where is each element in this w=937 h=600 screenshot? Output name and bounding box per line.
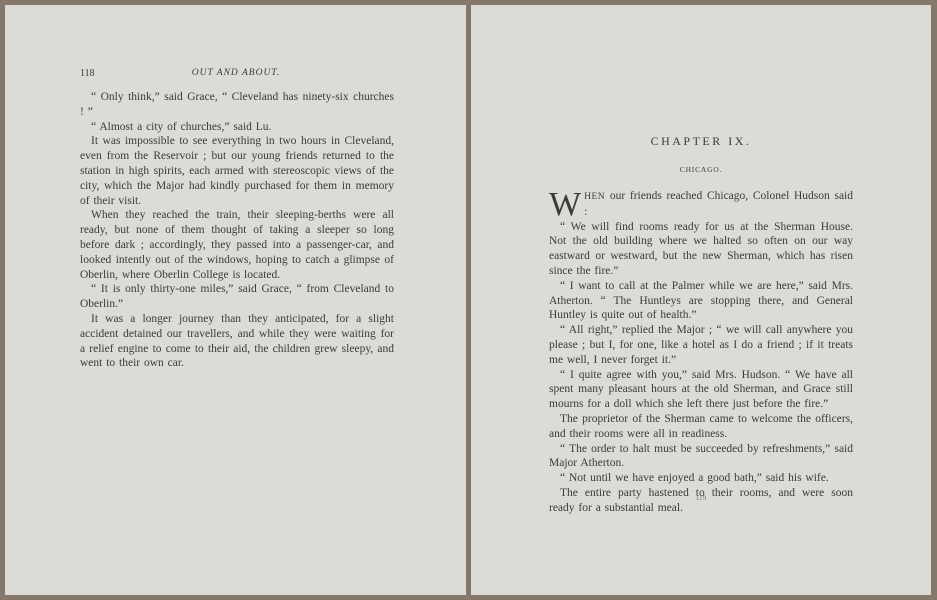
left-page-body: “ Only think,” said Grace, “ Cleveland h…	[80, 90, 394, 371]
chapter-subtitle: CHICAGO.	[471, 165, 931, 174]
paragraph: The proprietor of the Sherman came to we…	[549, 412, 853, 442]
paragraph: “ Only think,” said Grace, “ Cleveland h…	[80, 90, 394, 120]
paragraph: “ Almost a city of churches,” said Lu.	[80, 120, 394, 135]
running-title: OUT AND ABOUT.	[80, 68, 392, 78]
paragraph: “ The order to halt must be succeeded by…	[549, 442, 853, 472]
drop-cap: W	[549, 191, 581, 219]
right-page: CHAPTER IX. CHICAGO. WHEN our friends re…	[471, 5, 931, 595]
paragraph: “ I quite agree with you,” said Mrs. Hud…	[549, 368, 853, 412]
paragraph: It was impossible to see everything in t…	[80, 134, 394, 208]
paragraph: It was a longer journey than they antici…	[80, 312, 394, 371]
paragraph: “ Not until we have enjoyed a good bath,…	[549, 471, 853, 486]
paragraph: “ It is only thirty-one miles,” said Gra…	[80, 282, 394, 312]
chapter-title: CHAPTER IX.	[471, 134, 931, 149]
paragraph: “ All right,” replied the Major ; “ we w…	[549, 323, 853, 367]
paragraph: “ We will find rooms ready for us at the…	[549, 220, 853, 279]
running-head: 118 OUT AND ABOUT.	[80, 68, 392, 82]
opening-text: our friends reached Chicago, Colonel Hud…	[584, 190, 853, 218]
opening-paragraph: WHEN our friends reached Chicago, Colone…	[549, 189, 853, 220]
paragraph: When they reached the train, their sleep…	[80, 208, 394, 282]
paragraph: “ I want to call at the Palmer while we …	[549, 279, 853, 323]
first-line-caps: HEN	[584, 192, 605, 202]
right-page-body: WHEN our friends reached Chicago, Colone…	[549, 189, 853, 516]
left-page: 118 OUT AND ABOUT. “ Only think,” said G…	[5, 5, 466, 595]
folio-page-number: 119	[471, 494, 931, 502]
